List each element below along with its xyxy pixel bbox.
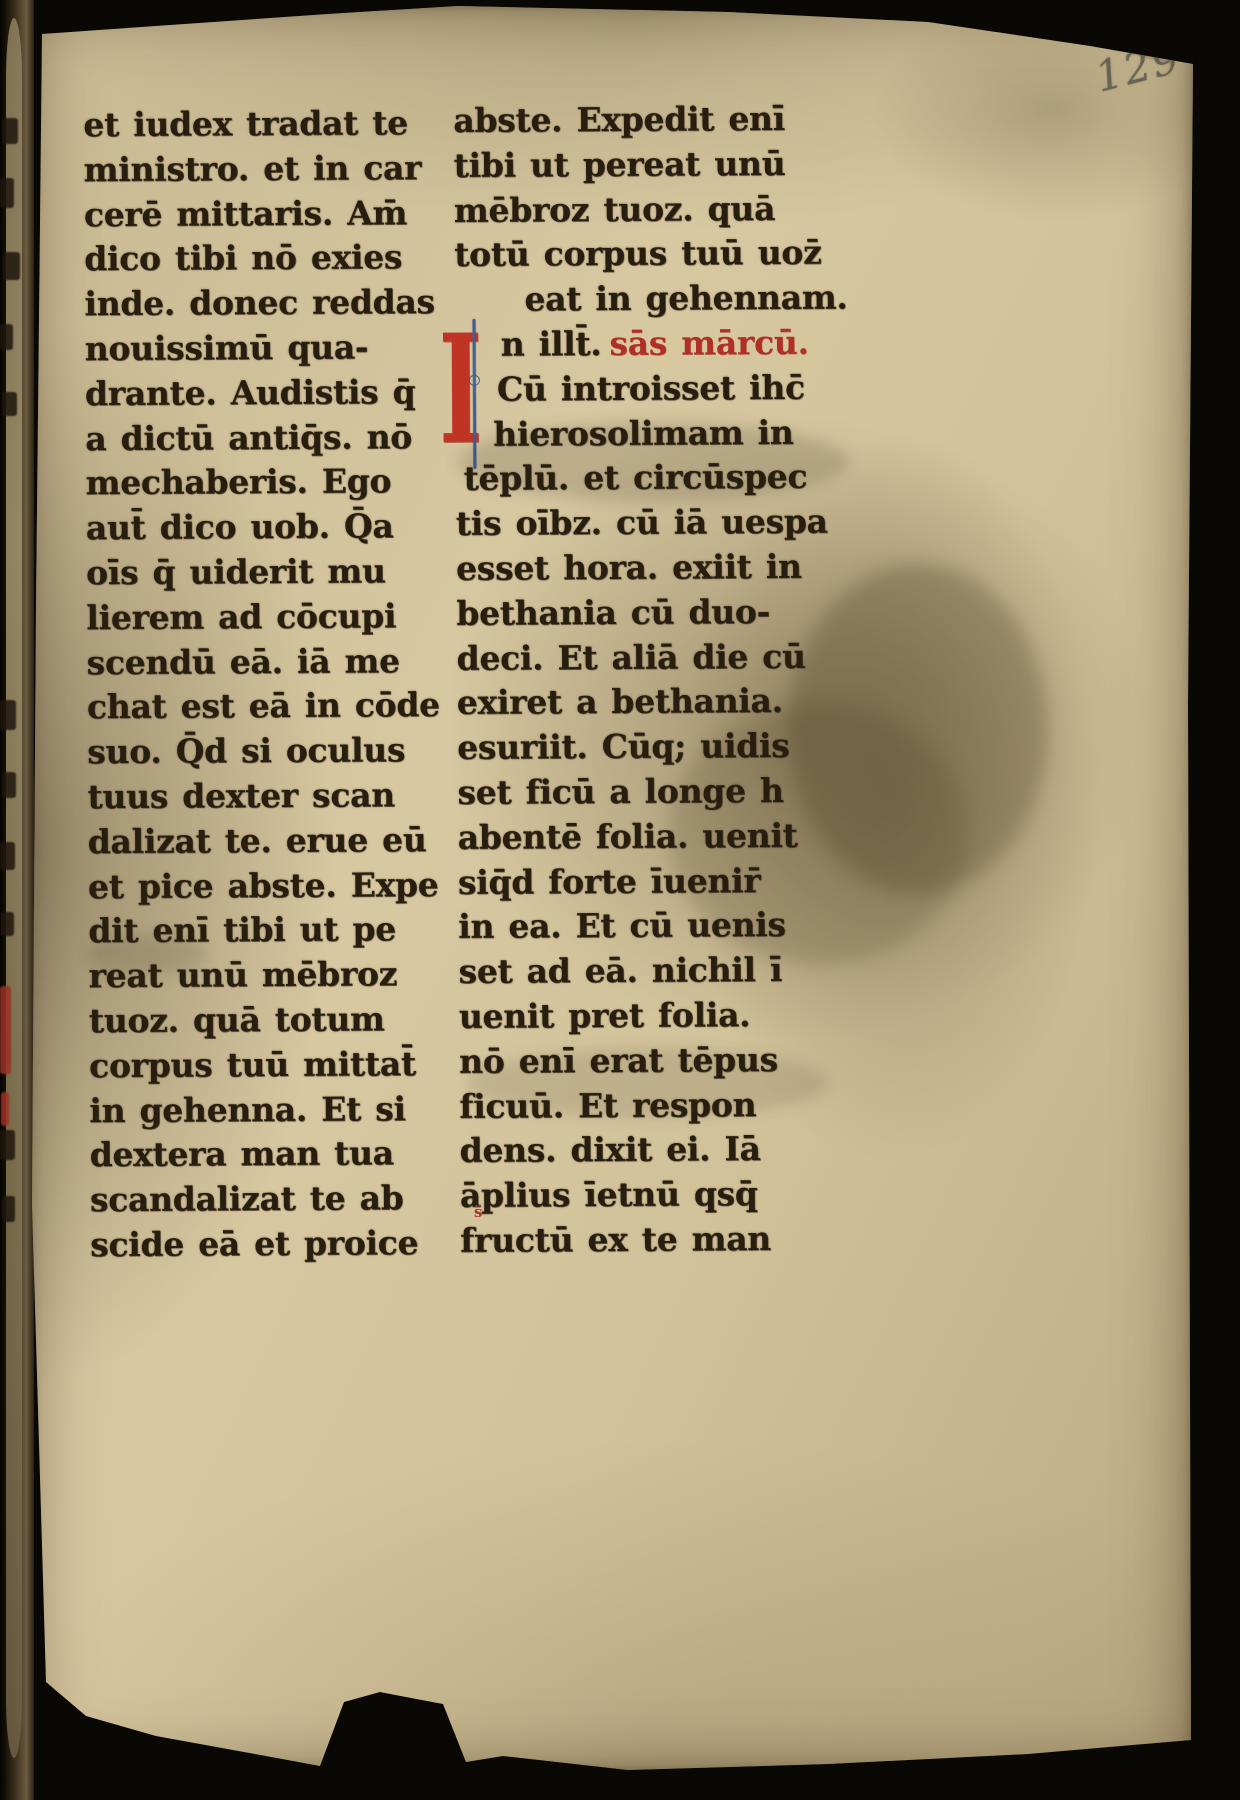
- text-line: n illt̄.sās mārcū.: [455, 321, 840, 368]
- line-black-text: esset hora. exiit in: [456, 547, 802, 588]
- text-line: esset hora. exiit in: [456, 545, 841, 592]
- text-column-right: abste. Expedit enītibi ut pereat unūmēbr…: [453, 97, 845, 1264]
- line-black-text: ficuū. Et respon: [459, 1085, 756, 1126]
- text-line: nō enī erat tēpus: [459, 1037, 844, 1084]
- text-line: in ea. Et cū uenis: [458, 903, 843, 950]
- text-line: dico tibi nō exies: [84, 235, 449, 282]
- page-edge-fragment: [1, 912, 14, 936]
- text-line: mechaberis. Ego: [85, 459, 450, 506]
- text-line: exiret a bethania.: [457, 679, 842, 726]
- text-line: corpus tuū mittat̄: [89, 1042, 454, 1089]
- line-black-text: tis oībz. cū iā uespa: [456, 502, 828, 543]
- line-black-text: mēbroz tuoz. quā: [454, 189, 775, 230]
- text-line: tuus dexter scan: [87, 773, 452, 820]
- text-line: dextera man tua: [89, 1131, 454, 1178]
- line-black-text: esuriit. Cūq; uidis: [457, 726, 790, 767]
- text-line: nouissimū qua-: [85, 325, 450, 372]
- line-black-text: siq̄d forte īuenir̄: [458, 861, 761, 902]
- line-black-text: uenit pret folia.: [459, 995, 751, 1036]
- line-black-text: n illt̄.: [501, 324, 602, 364]
- line-black-text: eat in gehennam.: [524, 278, 847, 319]
- text-line: deci. Et aliā die cū: [456, 634, 841, 681]
- text-line: scide eā et proice: [90, 1221, 455, 1268]
- text-line: ministro. et in car: [83, 146, 448, 193]
- photograph-background: 129 et iudex tradat teministro. et in ca…: [0, 0, 1240, 1800]
- text-line: ficuū. Et respon: [459, 1082, 844, 1129]
- page-edge-fragment: [2, 392, 17, 416]
- text-line: tis oībz. cū iā uespa: [456, 500, 841, 547]
- text-line: scandalizat te ab: [90, 1176, 455, 1223]
- page-edge-fragment: [0, 178, 14, 208]
- illuminated-initial: I: [438, 315, 491, 479]
- page-edge-red-fragment: [1, 1092, 9, 1126]
- text-line: uenit pret folia.: [459, 993, 844, 1040]
- line-black-text: tibi ut pereat unū: [453, 144, 785, 185]
- line-black-text: hierosolimam in: [493, 412, 794, 453]
- page-edge-fragment: [0, 1130, 15, 1160]
- text-line: fructū ex te man: [460, 1216, 845, 1263]
- text-line: dens. dixit ei. Iā: [459, 1127, 844, 1174]
- text-line: tēplū. et circūspec: [455, 455, 840, 502]
- line-black-text: āplius īetnū qsq̄: [460, 1174, 758, 1215]
- text-line: a dictū antiq̄s. nō: [85, 415, 450, 462]
- text-line: drante. Audistis q̄: [85, 370, 450, 417]
- line-black-text: dens. dixit ei. Iā: [459, 1129, 760, 1170]
- text-line: mēbroz tuoz. quā: [454, 186, 839, 233]
- line-black-text: in ea. Et cū uenis: [458, 905, 786, 946]
- line-black-text: tēplū. et circūspec: [463, 457, 807, 498]
- text-line: tibi ut pereat unū: [453, 141, 838, 188]
- initial-letter-i: I: [438, 315, 471, 479]
- text-line: eat in gehennam.: [454, 276, 839, 323]
- text-line: cerē mittaris. Am̄: [84, 191, 449, 238]
- line-black-text: deci. Et aliā die cū: [456, 636, 805, 677]
- text-line: abste. Expedit enī: [453, 97, 838, 144]
- text-line: set ficū a longe h: [457, 769, 842, 816]
- text-line: inde. donec reddas: [84, 280, 449, 327]
- text-line: reat unū mēbroz: [88, 952, 453, 999]
- text-line: siq̄d forte īuenir̄: [458, 858, 843, 905]
- page-edge-fragment: [0, 700, 16, 730]
- text-line: dit enī tibi ut pe: [88, 907, 453, 954]
- text-line: chat est eā in cōde: [87, 683, 452, 730]
- text-line: oīs q̄ uiderit mu: [86, 549, 451, 596]
- folio-number: 129: [1090, 33, 1186, 102]
- text-line: aut̄ dico uob. Q̄a: [86, 504, 451, 551]
- text-line: Cū introisset ihc̄: [455, 365, 840, 412]
- line-black-text: totū corpus tuū uoz̄: [454, 233, 822, 274]
- text-line: abentē folia. uenit: [458, 813, 843, 860]
- text-line: āplius īetnū qsq̄: [460, 1172, 845, 1219]
- page-edge-fragment: [2, 118, 18, 144]
- line-black-text: abentē folia. uenit: [458, 816, 798, 857]
- page-edge-fragment: [0, 324, 13, 350]
- red-margin-correction: s̈: [474, 1203, 483, 1221]
- line-black-text: abste. Expedit enī: [453, 99, 785, 140]
- text-line: dalizat te. erue eū: [88, 818, 453, 865]
- text-line: totū corpus tuū uoz̄: [454, 231, 839, 278]
- page-edge-fragment: [3, 252, 20, 280]
- text-column-left: et iudex tradat teministro. et in carcer…: [83, 101, 455, 1268]
- text-line: bethania cū duo-: [456, 589, 841, 636]
- text-line: esuriit. Cūq; uidis: [457, 724, 842, 771]
- page-edge-red-initial-fragment: [0, 986, 11, 1074]
- text-line: et iudex tradat te: [83, 101, 448, 148]
- line-black-text: exiret a bethania.: [457, 681, 783, 722]
- line-black-text: set ficū a longe h: [457, 771, 783, 812]
- text-line: et pice abste. Expe: [88, 863, 453, 910]
- page-edge-fragment: [2, 1196, 15, 1222]
- page-edge-fragment: [2, 772, 16, 798]
- text-line: lierem ad cōcupi: [86, 594, 451, 641]
- text-line: in gehenna. Et si: [89, 1086, 454, 1133]
- line-black-text: nō enī erat tēpus: [459, 1040, 778, 1081]
- page-edge-fragment: [0, 842, 15, 870]
- text-line: set ad eā. nichil ī: [458, 948, 843, 995]
- line-black-text: fructū ex te man: [460, 1219, 771, 1260]
- line-black-text: set ad eā. nichil ī: [458, 950, 782, 991]
- text-line: suo. Q̄d si oculus: [87, 728, 452, 775]
- text-line: hierosolimam in: [455, 410, 840, 457]
- line-black-text: bethania cū duo-: [456, 592, 770, 633]
- text-line: tuoz. quā totum: [89, 997, 454, 1044]
- rubric-red-text: sās mārcū.: [601, 323, 809, 363]
- text-line: scendū eā. iā me: [86, 639, 451, 686]
- line-black-text: Cū introisset ihc̄: [497, 368, 805, 409]
- manuscript-page: 129 et iudex tradat teministro. et in ca…: [28, 4, 1193, 1772]
